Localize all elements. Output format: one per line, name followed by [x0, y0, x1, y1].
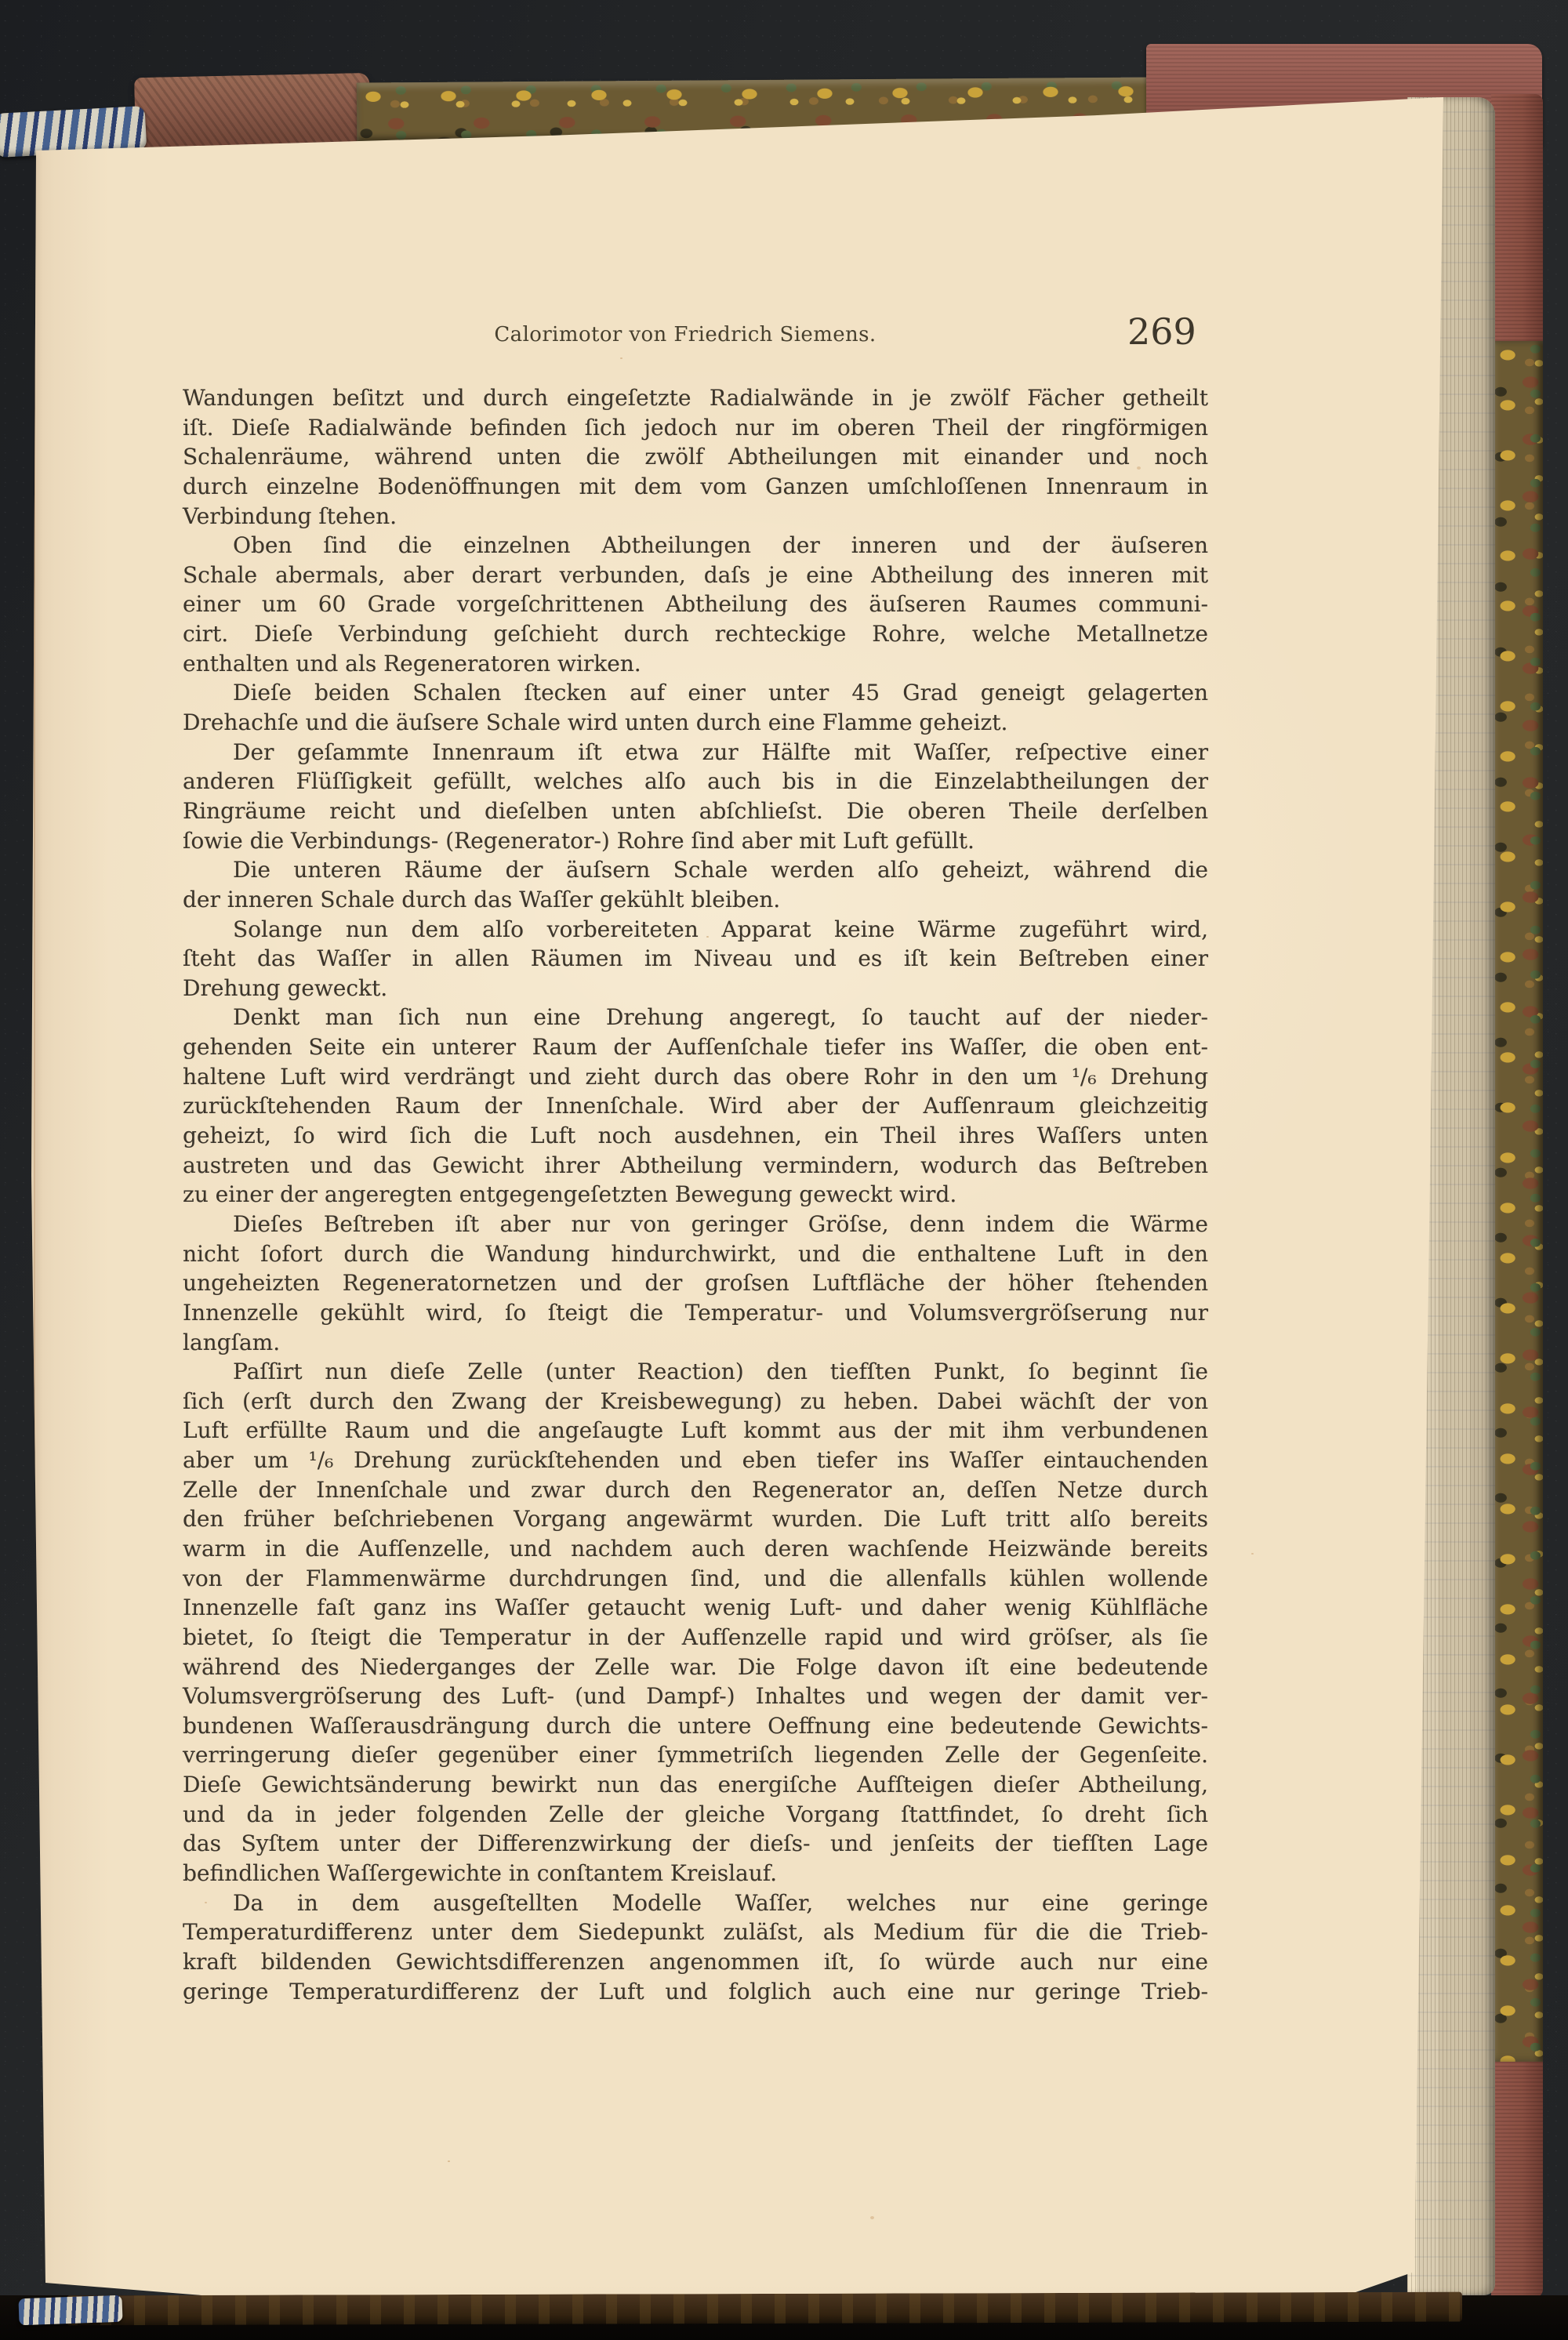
- text-line: Schale abermals, aber derart verbunden, …: [183, 561, 1208, 590]
- running-head: Calorimotor von Friedrich Siemens.: [183, 323, 1188, 346]
- text-line: Da in dem ausgeſtellten Modelle Waſſer, …: [183, 1888, 1208, 1918]
- text-line: bundenen Waſſerausdrängung durch die unt…: [183, 1711, 1208, 1741]
- text-line: Volumsvergröſserung des Luft- (und Dampf…: [183, 1682, 1208, 1711]
- text-line: und da in jeder folgenden Zelle der glei…: [183, 1800, 1208, 1830]
- text-line: zurückſtehenden Raum der Innenſchale. Wi…: [183, 1091, 1208, 1121]
- text-line: das Syſtem unter der Differenzwirkung de…: [183, 1829, 1208, 1859]
- headband-bottom: [18, 2295, 122, 2326]
- text-line: verringerung dieſer gegenüber einer ſymm…: [183, 1740, 1208, 1770]
- text-line: während des Niederganges der Zelle war. …: [183, 1653, 1208, 1682]
- text-line: Innenzelle faſt ganz ins Waſſer getaucht…: [183, 1593, 1208, 1623]
- text-block: Wandungen beſitzt und durch eingeſetzte …: [183, 383, 1208, 2006]
- book-page: Calorimotor von Friedrich Siemens. 269 W…: [0, 0, 1568, 2340]
- text-line: haltene Luft wird verdrängt und zieht du…: [183, 1062, 1208, 1092]
- text-line: der inneren Schale durch das Waſſer gekü…: [183, 885, 1208, 915]
- text-line: enthalten und als Regeneratoren wirken.: [183, 649, 1208, 679]
- book-top-edge-leather: [134, 73, 371, 150]
- text-line: bietet, ſo ſteigt die Temperatur in der …: [183, 1623, 1208, 1653]
- text-line: nicht ſofort durch die Wandung hindurchw…: [183, 1239, 1208, 1269]
- text-line: geheizt, ſo wird ſich die Luft noch ausd…: [183, 1121, 1208, 1151]
- text-line: ſteht das Waſſer in allen Räumen im Nive…: [183, 944, 1208, 974]
- text-line: Die unteren Räume der äuſsern Schale wer…: [183, 855, 1208, 885]
- text-line: durch einzelne Bodenöffnungen mit dem vo…: [183, 472, 1208, 502]
- text-line: ungeheizten Regeneratornetzen und der gr…: [183, 1268, 1208, 1298]
- text-line: geringe Temperaturdifferenz der Luft und…: [183, 1977, 1208, 2007]
- text-line: austreten und das Gewicht ihrer Abtheilu…: [183, 1151, 1208, 1181]
- board-leather-corner-top: [1491, 94, 1543, 341]
- text-line: Dieſe Gewichtsänderung bewirkt nun das e…: [183, 1770, 1208, 1800]
- text-line: Wandungen beſitzt und durch eingeſetzte …: [183, 383, 1208, 413]
- text-line: Paſſirt nun dieſe Zelle (unter Reaction)…: [183, 1357, 1208, 1387]
- text-line: Temperaturdifferenz unter dem Siedepunkt…: [183, 1917, 1208, 1947]
- text-line: Schalenräume, während unten die zwölf Ab…: [183, 442, 1208, 472]
- book-bottom-edge: [67, 2292, 1462, 2326]
- text-line: Denkt man ſich nun eine Drehung angeregt…: [183, 1003, 1208, 1032]
- text-line: kraft bildenden Gewichtsdifferenzen ange…: [183, 1947, 1208, 1977]
- text-line: warm in die Aufſenzelle, und nachdem auc…: [183, 1534, 1208, 1564]
- text-line: Drehachſe und die äuſsere Schale wird un…: [183, 708, 1208, 738]
- page-number: 269: [1127, 310, 1214, 353]
- text-line: ſich (erſt durch den Zwang der Kreisbewe…: [183, 1387, 1208, 1417]
- text-line: Solange nun dem alſo vorbereiteten Appar…: [183, 915, 1208, 945]
- text-line: befindlichen Waſſergewichte in conſtante…: [183, 1859, 1208, 1888]
- text-line: Oben ſind die einzelnen Abtheilungen der…: [183, 531, 1208, 561]
- back-board-edge: [1491, 94, 1543, 2298]
- text-line: Drehung geweckt.: [183, 974, 1208, 1003]
- text-line: Zelle der Innenſchale und zwar durch den…: [183, 1475, 1208, 1505]
- text-line: gehenden Seite ein unterer Raum der Aufſ…: [183, 1032, 1208, 1062]
- text-line: von der Flammenwärme durchdrungen ſind, …: [183, 1564, 1208, 1594]
- board-leather-corner-bottom: [1491, 2062, 1543, 2298]
- text-line: langſam.: [183, 1328, 1208, 1358]
- text-line: anderen Flüſſigkeit gefüllt, welches alſ…: [183, 767, 1208, 796]
- text-line: ſowie die Verbindungs- (Regenerator-) Ro…: [183, 826, 1208, 856]
- text-line: Dieſe beiden Schalen ſtecken auf einer u…: [183, 678, 1208, 708]
- text-line: Der geſammte Innenraum iſt etwa zur Hälf…: [183, 738, 1208, 767]
- scanned-book-photo: Calorimotor von Friedrich Siemens. 269 W…: [0, 0, 1568, 2340]
- text-line: einer um 60 Grade vorgeſchrittenen Abthe…: [183, 590, 1208, 619]
- text-line: Ringräume reicht und dieſelben unten abſ…: [183, 796, 1208, 826]
- text-line: zu einer der angeregten entgegengeſetzte…: [183, 1180, 1208, 1210]
- text-line: Dieſes Beſtreben iſt aber nur von gering…: [183, 1210, 1208, 1239]
- gutter-crease: [34, 153, 35, 2281]
- text-line: den früher beſchriebenen Vorgang angewär…: [183, 1504, 1208, 1534]
- text-line: Verbindung ſtehen.: [183, 502, 1208, 531]
- text-line: iſt. Dieſe Radialwände befinden ſich jed…: [183, 413, 1208, 443]
- text-line: cirt. Dieſe Verbindung geſchieht durch r…: [183, 619, 1208, 649]
- text-line: Luft erfüllte Raum und die angeſaugte Lu…: [183, 1416, 1208, 1446]
- board-marbled-paper: [1491, 341, 1543, 2062]
- text-line: Innenzelle gekühlt wird, ſo ſteigt die T…: [183, 1298, 1208, 1328]
- text-line: aber um ¹/₆ Drehung zurückſtehenden und …: [183, 1446, 1208, 1475]
